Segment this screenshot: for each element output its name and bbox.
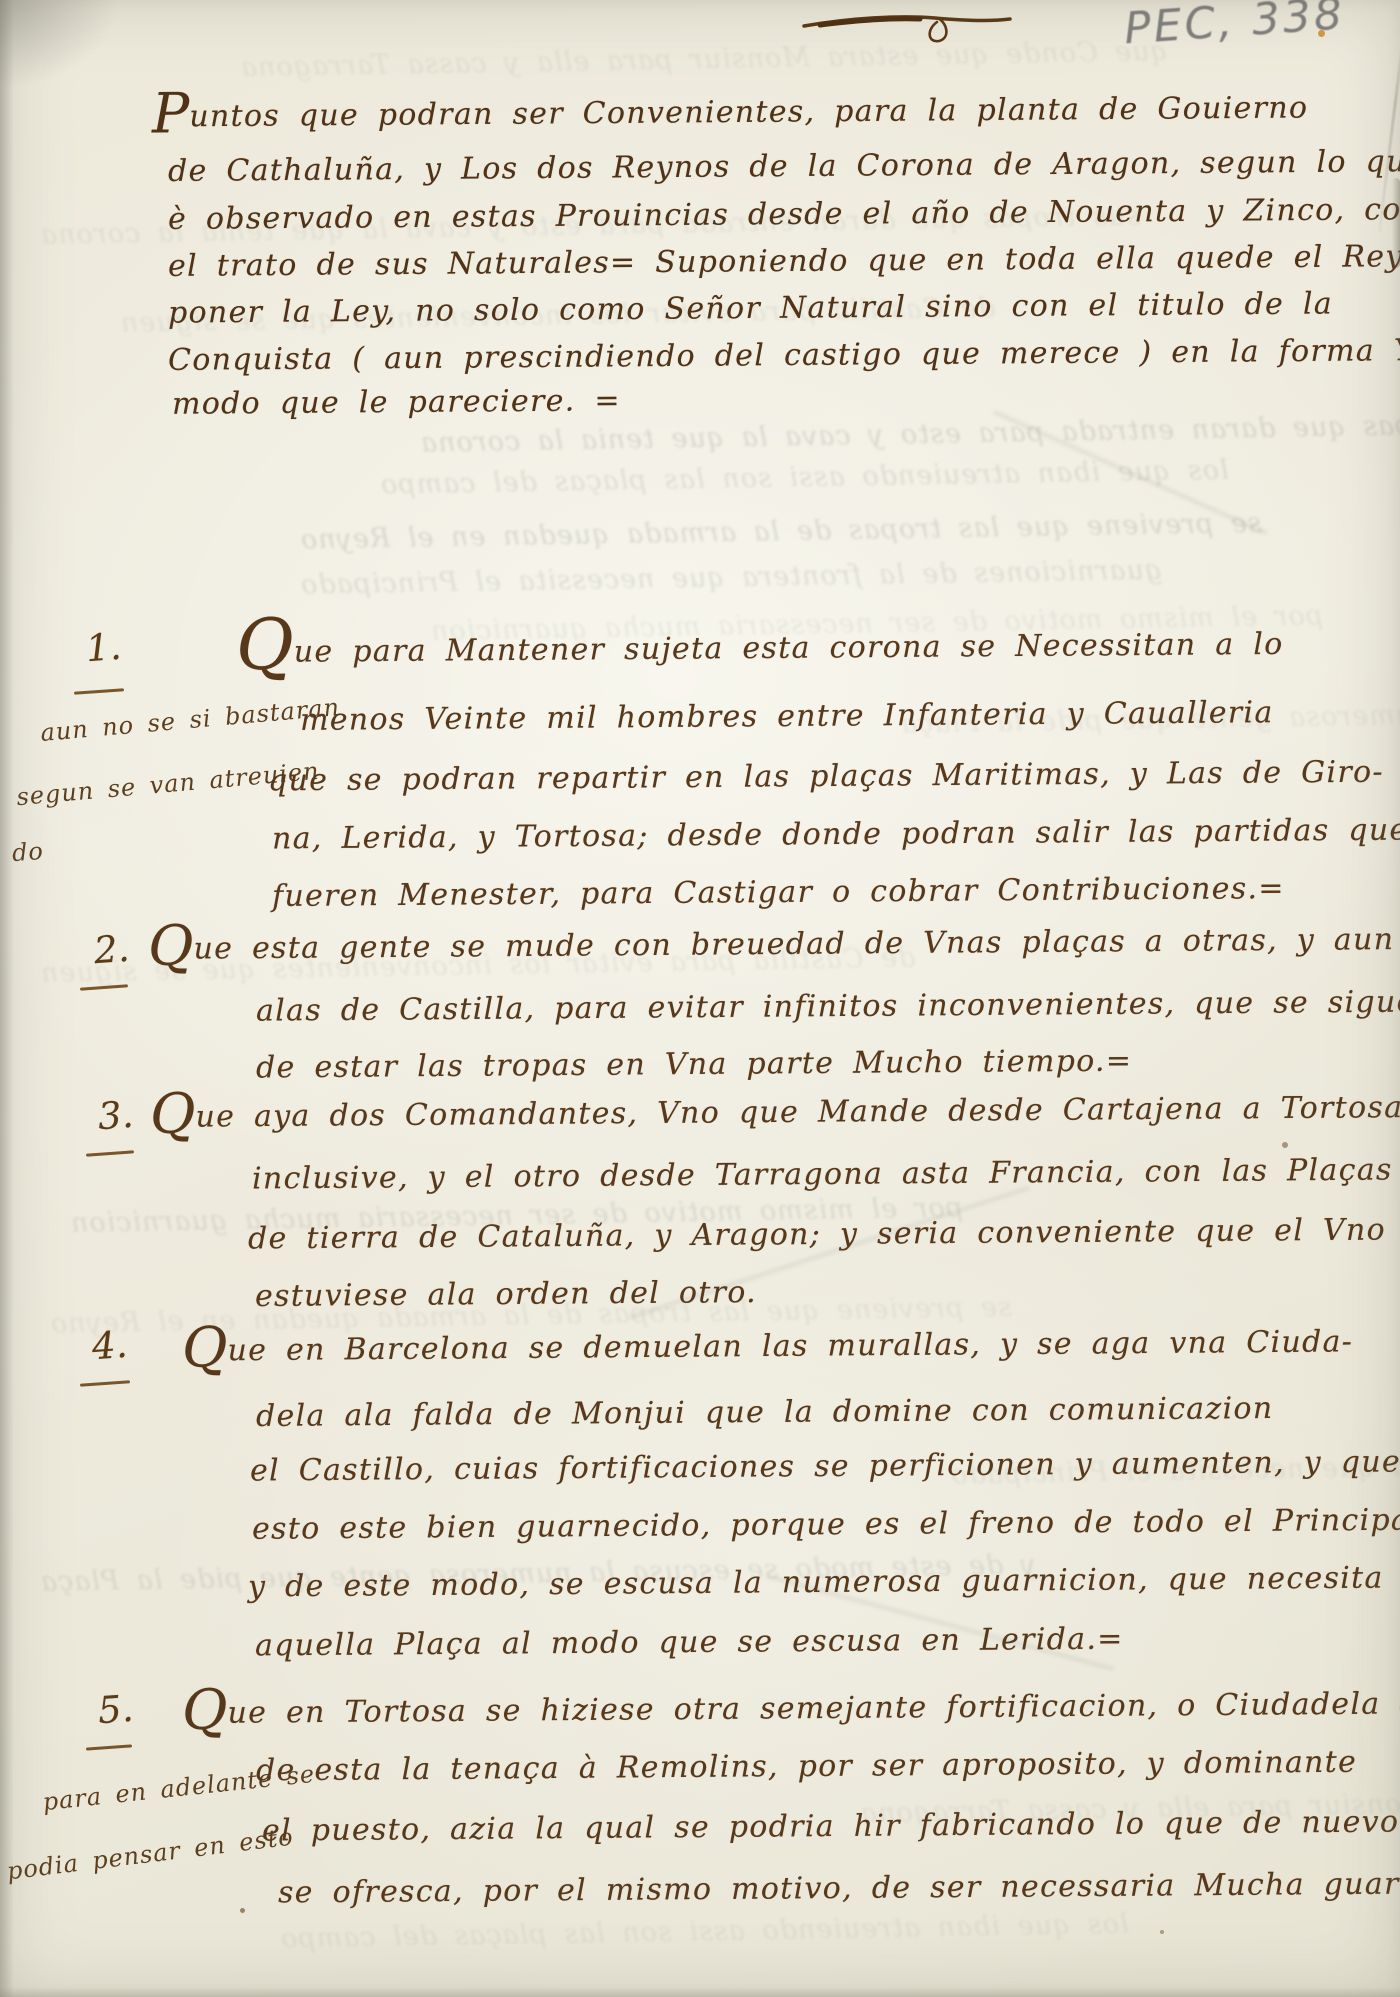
item-line: fueren Menester, para Castigar o cobrar … — [272, 872, 1285, 914]
item-number: 2. — [93, 927, 131, 972]
item-line: Que en Tortosa se hiziese otra semejante… — [182, 1687, 1400, 1732]
intro-line: Puntos que podran ser Convenientes, para… — [152, 91, 1309, 135]
item-line: se ofresca, por el mismo motivo, de ser … — [278, 1868, 1400, 1911]
manuscript-page: que Conde que estara Monsiur para ella y… — [0, 0, 1400, 1997]
bleedthrough-line: los que iban atreuiendo assi son las pla… — [280, 1909, 1129, 1955]
item-line: Que esta gente se mude con breuedad de V… — [148, 923, 1395, 967]
item-line: de estar las tropas en Vna parte Mucho t… — [256, 1045, 1133, 1086]
item-line: Que aya dos Comandantes, Vno que Mande d… — [150, 1091, 1400, 1135]
item-number-underline — [80, 1380, 130, 1386]
item-number: 1. — [85, 625, 123, 670]
item-number: 5. — [97, 1687, 135, 1732]
intro-line: poner la Ley, no solo como Señor Natural… — [168, 287, 1333, 331]
item-line: inclusive, y el otro desde Tarragona ast… — [252, 1154, 1393, 1197]
item-number: 4. — [91, 1323, 129, 1368]
item-line: Que para Mantener sujeta esta corona se … — [236, 628, 1284, 671]
item-line: Que en Barcelona se demuelan las muralla… — [182, 1325, 1353, 1369]
item-line: alas de Castilla, para evitar infinitos … — [256, 985, 1400, 1029]
intro-line: modo que le pareciere. = — [172, 384, 621, 422]
paper-speck — [1282, 1142, 1288, 1148]
ink-flourish — [800, 6, 1015, 52]
item-line: na, Lerida, y Tortosa; desde donde podra… — [272, 814, 1400, 857]
paper-corner-shadow — [0, 0, 120, 90]
item-line: dela ala falda de Monjui que la domine c… — [256, 1392, 1274, 1434]
item-line: aquella Plaça al modo que se escusa en L… — [255, 1623, 1124, 1664]
item-line: de tierra de Cataluña, y Aragon; y seria… — [248, 1214, 1386, 1257]
item-number: 3. — [97, 1093, 135, 1138]
item-line: esto este bien guarnecido, porque es el … — [252, 1503, 1400, 1547]
item-line: estuviese ala orden del otro. — [255, 1276, 757, 1314]
paper-speck — [240, 1908, 245, 1913]
item-number-underline — [74, 688, 124, 694]
margin-note: podia pensar en esto — [5, 1823, 295, 1886]
item-line: que se podran repartir en las plaças Mar… — [268, 756, 1384, 799]
intro-line: de Cathaluña, y Los dos Reynos de la Cor… — [168, 145, 1400, 189]
intro-line: el trato de sus Naturales= Suponiendo qu… — [168, 240, 1400, 284]
intro-line: è observado en estas Prouincias desde el… — [168, 193, 1400, 237]
margin-note: aun no se si bastaran — [39, 693, 341, 747]
paper-bottom-edge — [0, 1987, 1400, 1997]
paper-speck — [1160, 1930, 1164, 1934]
item-line: el puesto, azia la qual se podria hir fa… — [262, 1806, 1400, 1849]
item-number-underline — [86, 1744, 132, 1750]
bleedthrough-line: guarniciones de la frontera que necessit… — [300, 554, 1163, 600]
bleedthrough-line: que Conde que estara Monsiur para ella y… — [240, 36, 1168, 83]
item-number-underline — [86, 1150, 134, 1156]
paper-speck — [1318, 30, 1325, 37]
item-line: y de este modo, se escusa la numerosa gu… — [248, 1562, 1384, 1605]
intro-line: Conquista ( aun prescindiendo del castig… — [168, 334, 1400, 378]
bleedthrough-line: se previene que las tropas de la armada … — [300, 508, 1262, 556]
margin-note: do — [11, 837, 45, 867]
item-line: de esta la tenaça à Remolins, por ser ap… — [256, 1746, 1357, 1789]
paper-left-edge — [0, 0, 14, 1997]
archival-number-pencil: PEC, 338 — [1122, 0, 1346, 55]
